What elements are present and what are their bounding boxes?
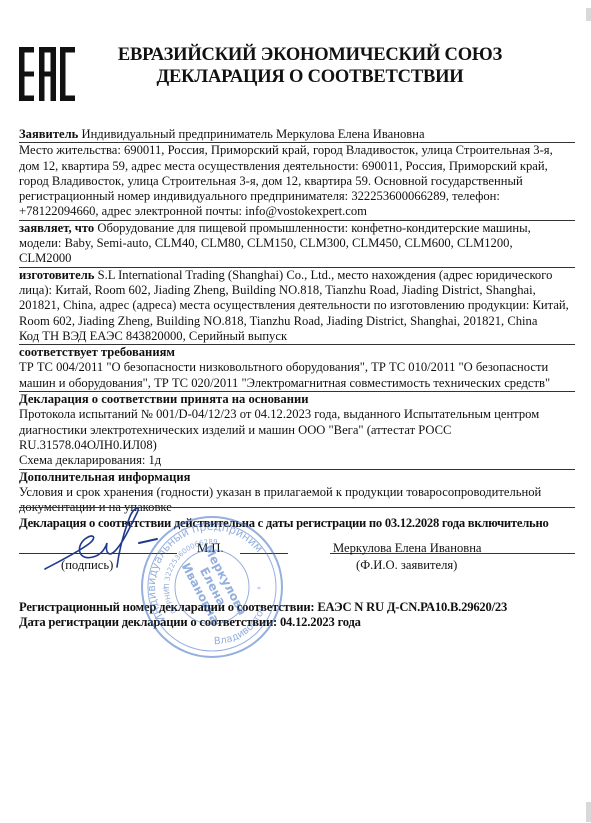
manufacturer-section: изготовитель S.L International Trading (… [19,268,575,345]
requirements-line: ТР ТС 004/2011 "О безопасности низковоль… [19,360,575,375]
applicant-line: дом 12, квартира 59, адрес места осущест… [19,159,575,174]
document-title: ЕВРАЗИЙСКИЙ ЭКОНОМИЧЕСКИЙ СОЮЗ ДЕКЛАРАЦИ… [100,44,520,88]
requirements-label: соответствует требованиям [19,345,575,360]
scrollbar-thumb-lower[interactable] [586,802,591,822]
signer-name: Меркулова Елена Ивановна [333,541,482,556]
product-models: CLM2000 [19,251,575,266]
manufacturer-line: 201821, China, адрес (адреса) места осущ… [19,298,575,313]
stamp-star-right: * [257,585,261,594]
additional-line: Условия и срок хранения (годности) указа… [19,485,575,500]
applicant-email-line: +78122094660, адрес электронной почты: i… [19,204,575,219]
product-description: Оборудование для пищевой промышленности:… [94,221,530,235]
registration-date: Дата регистрации декларации о соответств… [19,615,507,630]
basis-section: Декларация о соответствии принята на осн… [19,392,575,469]
declaration-scheme: Схема декларирования: 1д [19,453,575,469]
registration-block: Регистрационный номер декларации о соотв… [19,600,507,630]
applicant-label: Заявитель [19,127,78,141]
manufacturer-label: изготовитель [19,268,94,282]
requirements-line: машин и оборудования", ТР ТС 020/2011 "Э… [19,376,575,391]
signature-caption: (подпись) [61,558,113,573]
basis-line: RU.31578.04ОЛН0.ИЛ08) [19,438,575,453]
applicant-line: Место жительства: 690011, Россия, Примор… [19,143,575,158]
basis-line: Протокола испытаний № 001/D-04/12/23 от … [19,407,575,422]
stamp-star-left: * [163,585,167,594]
applicant-details: Место жительства: 690011, Россия, Примор… [19,143,575,220]
seal-stamp-icon: Индивидуальный предприниматель ОГРНИП 32… [137,512,287,662]
manufacturer-name: S.L International Trading (Shanghai) Co.… [94,268,552,282]
declares-section: заявляет, что Оборудование для пищевой п… [19,221,575,268]
manufacturer-line: лица): Китай, Room 602, Jiading Zheng, B… [19,283,575,298]
stamp-place-label: М.П. [197,541,224,556]
basis-line: диагностики электротехнических изделий и… [19,423,575,438]
additional-label: Дополнительная информация [19,470,575,485]
basis-label: Декларация о соответствии принята на осн… [19,392,575,407]
registration-number: Регистрационный номер декларации о соотв… [19,600,507,615]
hs-code-line: Код ТН ВЭД ЕАЭС 843820000, Серийный выпу… [19,329,575,344]
declares-label: заявляет, что [19,221,94,235]
scrollbar-thumb[interactable] [586,8,591,21]
manufacturer-line: Room 602, Jiading Zheng, Building NO.818… [19,314,575,329]
applicant-name: Индивидуальный предприниматель Меркулова… [78,127,424,141]
product-models: модели: Baby, Semi-auto, CLM40, CLM80, C… [19,236,575,251]
validity-statement: Декларация о соответствии действительна … [19,507,575,531]
applicant-line: регистрационный номер индивидуального пр… [19,189,575,204]
scrollbar-track[interactable] [585,0,591,823]
declaration-body: Заявитель Индивидуальный предприниматель… [19,127,575,515]
eac-logo-icon [19,47,75,101]
applicant-header: Заявитель Индивидуальный предприниматель… [19,127,575,143]
fio-caption: (Ф.И.О. заявителя) [356,558,457,573]
title-declaration: ДЕКЛАРАЦИЯ О СООТВЕТСТВИИ [100,66,520,88]
requirements-section: соответствует требованиям ТР ТС 004/2011… [19,345,575,392]
applicant-line: город Владивосток, улица Строительная 3-… [19,174,575,189]
applicant-section: Заявитель Индивидуальный предприниматель… [19,127,575,221]
title-union: ЕВРАЗИЙСКИЙ ЭКОНОМИЧЕСКИЙ СОЮЗ [100,44,520,66]
stamp-line [240,553,288,554]
signature-line [19,553,177,554]
